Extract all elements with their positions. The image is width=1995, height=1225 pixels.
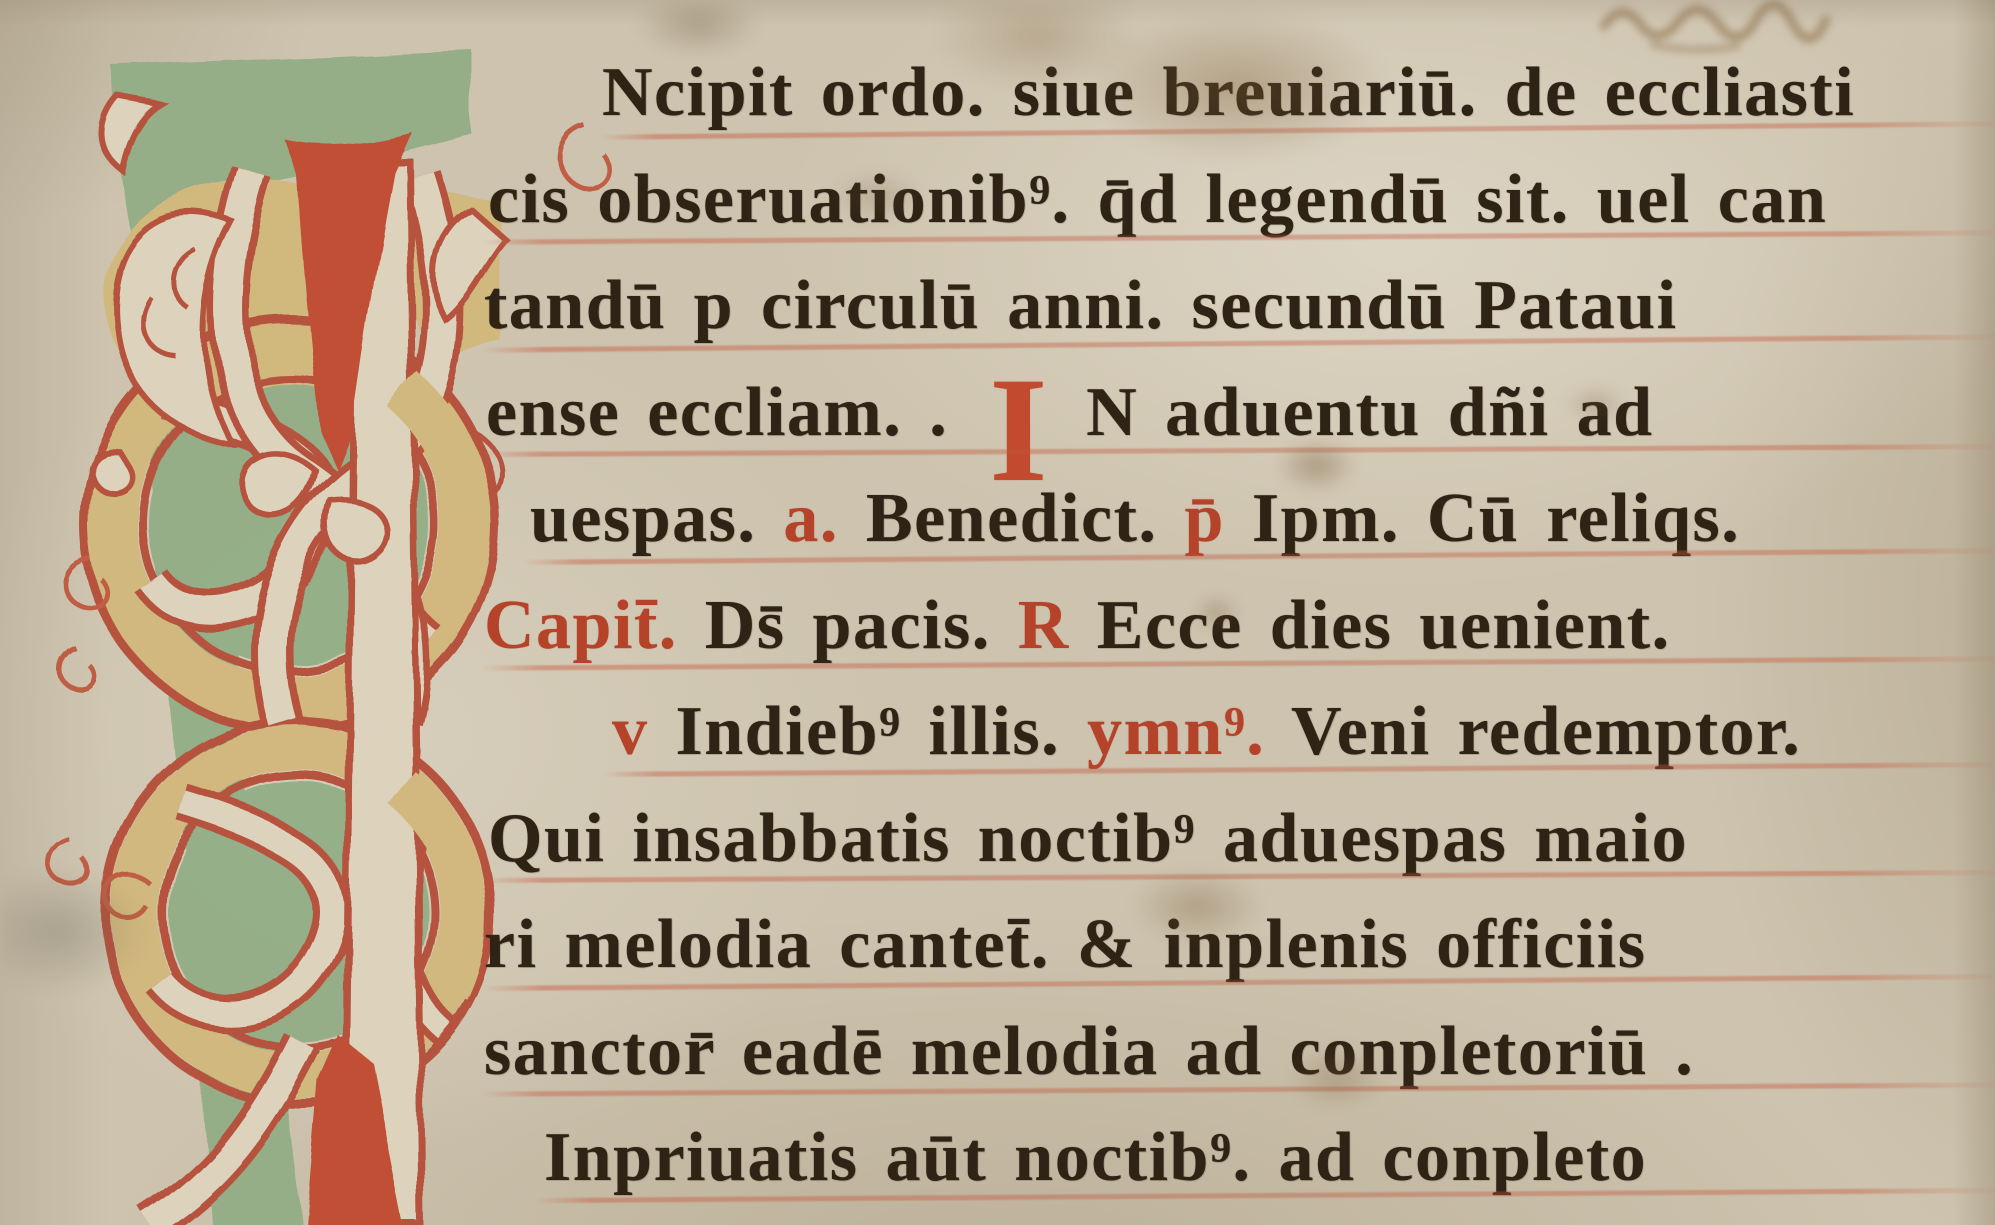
text-segment: p̄: [1184, 480, 1251, 557]
ring-knot-upper: [85, 320, 495, 730]
text-segment: Benedict.: [866, 480, 1185, 557]
text-segment: Veni redemptor.: [1291, 693, 1801, 770]
red-wedge-bottom: [306, 1035, 404, 1225]
text-segment: Capit̄.: [484, 587, 705, 664]
text-line: tandū p circulū anni. secundū Pataui: [482, 253, 1987, 360]
text-line: ri melodia cantet̄. & inplenis officiis: [482, 892, 1987, 999]
interlace-bands: [150, 172, 443, 1225]
ring-knot-lower: [106, 720, 490, 1104]
text-segment: cis obseruationib⁹. q̄d legendū sit. uel…: [488, 161, 1827, 238]
faded-marginalia: [1590, 0, 1950, 56]
text-segment: ense eccliam. .: [486, 374, 948, 451]
green-ground: [112, 50, 472, 1225]
initial-staff: [344, 162, 422, 1225]
text-segment: ri melodia cantet̄. & inplenis officiis: [484, 906, 1646, 983]
text-segment: Qui insabbatis noctib⁹ aduespas maio: [488, 800, 1688, 877]
text-segment: N aduentu dñi ad: [1086, 374, 1653, 451]
text-line: ense eccliam. . I N aduentu dñi ad: [482, 360, 1987, 467]
text-segment: v: [612, 693, 676, 770]
text-segment: Ecce dies uenient.: [1097, 587, 1671, 664]
text-line: Capit̄. Ds̄ pacis. R Ecce dies uenient.: [482, 573, 1987, 680]
foliate-crown: [91, 96, 506, 562]
text-line: uespas. a. Benedict. p̄ Ipm. Cū reliqs.: [482, 466, 1987, 573]
text-line: cis obseruationib⁹. q̄d legendū sit. uel…: [482, 147, 1987, 254]
text-segment: sanctor̄ eadē melodia ad conpletoriū .: [484, 1013, 1694, 1090]
text-segment: tandū p circulū anni. secundū Pataui: [484, 267, 1678, 344]
text-segment: Ncipit ordo. siue breuiariū. de eccliast…: [602, 54, 1855, 131]
text-segment: Inpriuatis aūt noctib⁹. ad conpleto: [544, 1119, 1647, 1196]
text-line: Inpriuatis aūt noctib⁹. ad conpleto: [482, 1105, 1987, 1212]
text-segment: Ds̄ pacis.: [705, 587, 1018, 664]
red-wedge-top: [285, 132, 412, 470]
text-block: Ncipit ordo. siue breuiariū. de eccliast…: [482, 40, 1987, 1212]
text-segment: uespas.: [530, 480, 783, 557]
leaf-veins: [142, 250, 501, 496]
text-segment: ymn⁹.: [1087, 693, 1291, 770]
text-line: Qui insabbatis noctib⁹ aduespas maio: [482, 786, 1987, 893]
text-line: v Indieb⁹ illis. ymn⁹. Veni redemptor.: [482, 679, 1987, 786]
text-segment: Indieb⁹ illis.: [676, 693, 1088, 770]
manuscript-page: Ncipit ordo. siue breuiariū. de eccliast…: [0, 0, 1995, 1225]
text-segment: Ipm. Cū reliqs.: [1252, 480, 1740, 557]
text-segment: R: [1018, 587, 1097, 664]
text-line: sanctor̄ eadē melodia ad conpletoriū .: [482, 999, 1987, 1106]
text-segment: a.: [783, 480, 866, 557]
